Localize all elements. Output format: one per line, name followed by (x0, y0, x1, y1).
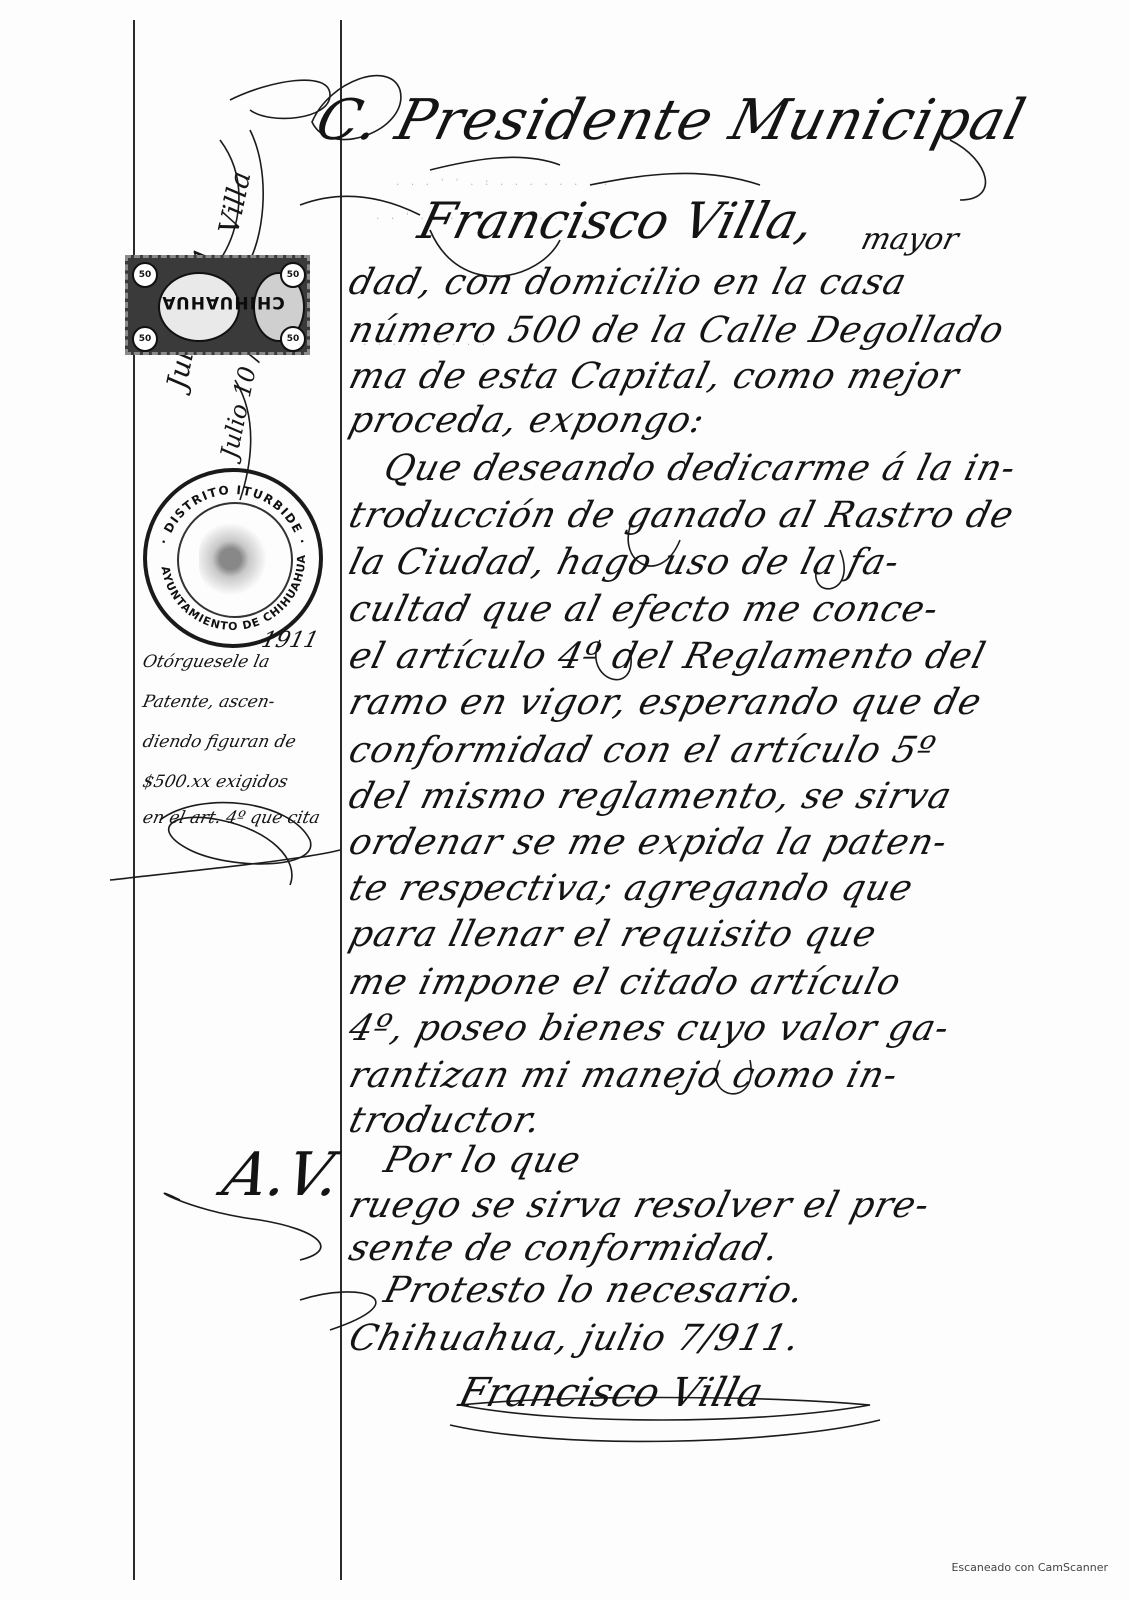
body-line: la Ciudad, hago uso de la fa- (345, 542, 904, 583)
faint-printed-text: . . . ' ' . : . . . . . . . . (395, 178, 610, 188)
stamp-value: 50 (132, 326, 158, 352)
margin-note: $500.xx exigidos (141, 772, 290, 792)
body-line: troducción de ganado al Rastro de (345, 495, 1018, 536)
margin-rule-left (133, 20, 135, 1580)
body-line: ordenar se me expida la paten- (345, 822, 952, 863)
stamp-value: 50 (280, 262, 306, 288)
margin-initials: A.V. (216, 1140, 348, 1210)
municipal-seal: · DISTRITO ITURBIDE · AYUNTAMIENTO DE CH… (143, 468, 323, 648)
body-line: conformidad con el artículo 5º (345, 730, 940, 771)
body-line: Que deseando dedicarme á la in- (380, 448, 1020, 489)
stamp-value: 50 (280, 326, 306, 352)
margin-note: Patente, ascen- (141, 692, 277, 712)
seal-text-ring: · DISTRITO ITURBIDE · AYUNTAMIENTO DE CH… (147, 472, 319, 644)
body-line: mayor (858, 222, 962, 257)
body-line: Chihuahua, julio 7/911. (345, 1318, 805, 1359)
addressee-heading: C. Presidente Municipal (310, 88, 1032, 153)
revenue-stamp: CHIHUAHUA 50 50 50 50 (125, 255, 310, 355)
body-line: Protesto lo necesario. (380, 1270, 809, 1311)
stamp-text: CHIHUAHUA (148, 292, 298, 312)
body-line: Por lo que (380, 1140, 585, 1181)
margin-rule-right (340, 20, 342, 1580)
scanner-credit: Escaneado con CamScanner (951, 1561, 1108, 1574)
signature: Francisco Villa (454, 1370, 767, 1416)
body-line: ramo en vigor, esperando que de (345, 682, 986, 723)
body-line: número 500 de la Calle Degollado (345, 310, 1009, 351)
body-line: cultad que al efecto me conce- (345, 589, 943, 630)
body-line: del mismo reglamento, se sirva (345, 776, 956, 817)
margin-note: Otórguesele la (141, 652, 272, 672)
stamp-value: 50 (132, 262, 158, 288)
body-line: para llenar el requisito que (345, 914, 881, 955)
margin-note: en el art. 4º que cita (141, 808, 322, 828)
body-line: proceda, expongo: (345, 400, 709, 441)
body-line: el artículo 4º del Reglamento del (345, 636, 990, 677)
body-line: ma de esta Capital, como mejor (345, 356, 964, 397)
body-line: dad, con domicilio en la casa (345, 262, 911, 303)
margin-note: diendo figuran de (141, 732, 298, 752)
scanned-page: . . . ' ' . : . . . . . . . . . . ' . . … (0, 0, 1130, 1600)
body-line: te respectiva; agregando que (345, 868, 918, 909)
body-line: 4º, poseo bienes cuyo valor ga- (345, 1008, 954, 1049)
body-line: troductor. (345, 1100, 546, 1141)
seal-date: 1911 (259, 628, 321, 653)
svg-text:AYUNTAMIENTO DE CHIHUAHUA: AYUNTAMIENTO DE CHIHUAHUA (158, 554, 308, 633)
vertical-margin-note: Villa (212, 168, 257, 237)
body-line: sente de conformidad. (345, 1228, 784, 1269)
svg-text:· DISTRITO ITURBIDE ·: · DISTRITO ITURBIDE · (157, 483, 310, 547)
body-line: me impone el citado artículo (345, 962, 906, 1003)
body-line: ruego se sirva resolver el pre- (345, 1185, 934, 1226)
sender-name: Francisco Villa, (413, 192, 821, 250)
body-line: rantizan mi manejo como in- (345, 1055, 903, 1096)
